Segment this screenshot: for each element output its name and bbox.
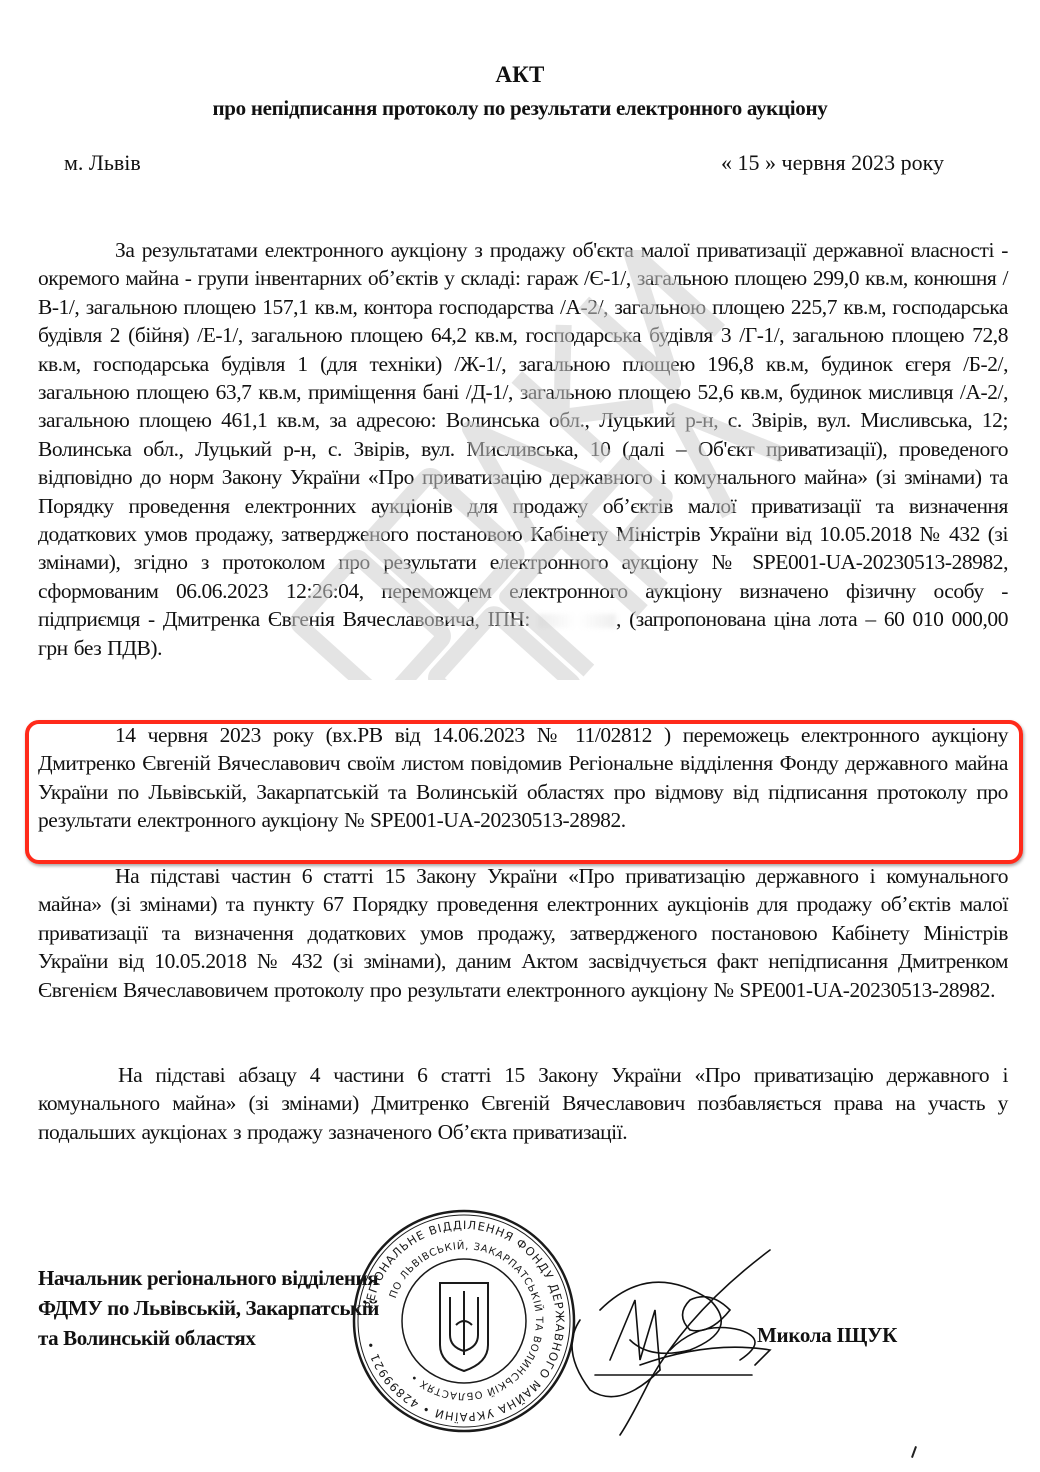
- document-page: АКТ про непідписання протоколу по резуль…: [0, 0, 1040, 1472]
- paragraph-auction-details-text: За результатами електронного аукціону з …: [38, 238, 1008, 631]
- paragraph-auction-details: За результатами електронного аукціону з …: [38, 236, 1008, 662]
- signature-title-line-2: ФДМУ по Львівській, Закарпатській: [38, 1293, 379, 1323]
- highlight-annotation-box: [25, 720, 1023, 864]
- document-subtitle: про непідписання протоколу по результати…: [0, 96, 1040, 121]
- svg-text:ПО ЛЬВІВСЬКІЙ, ЗАКАРПАТСЬКІЙ Т: ПО ЛЬВІВСЬКІЙ, ЗАКАРПАТСЬКІЙ ТА ВОЛИНСЬК…: [388, 1239, 546, 1401]
- stray-mark: [911, 1446, 917, 1458]
- signer-name: Микола ІЩУК: [757, 1323, 897, 1348]
- ipn-redaction: [538, 614, 616, 628]
- paragraph-disqualification: На підставі абзацу 4 частини 6 статті 15…: [38, 1061, 1008, 1146]
- document-city: м. Львів: [64, 150, 141, 176]
- signature-block-title: Начальник регіонального відділення ФДМУ …: [38, 1263, 379, 1353]
- signature-title-line-3: та Волинській областях: [38, 1323, 379, 1353]
- document-date: « 15 » червня 2023 року: [721, 150, 944, 176]
- signature-title-line-1: Начальник регіонального відділення: [38, 1263, 379, 1293]
- paragraph-legal-basis: На підставі частин 6 статті 15 Закону Ук…: [38, 862, 1008, 1004]
- document-title: АКТ: [0, 62, 1040, 88]
